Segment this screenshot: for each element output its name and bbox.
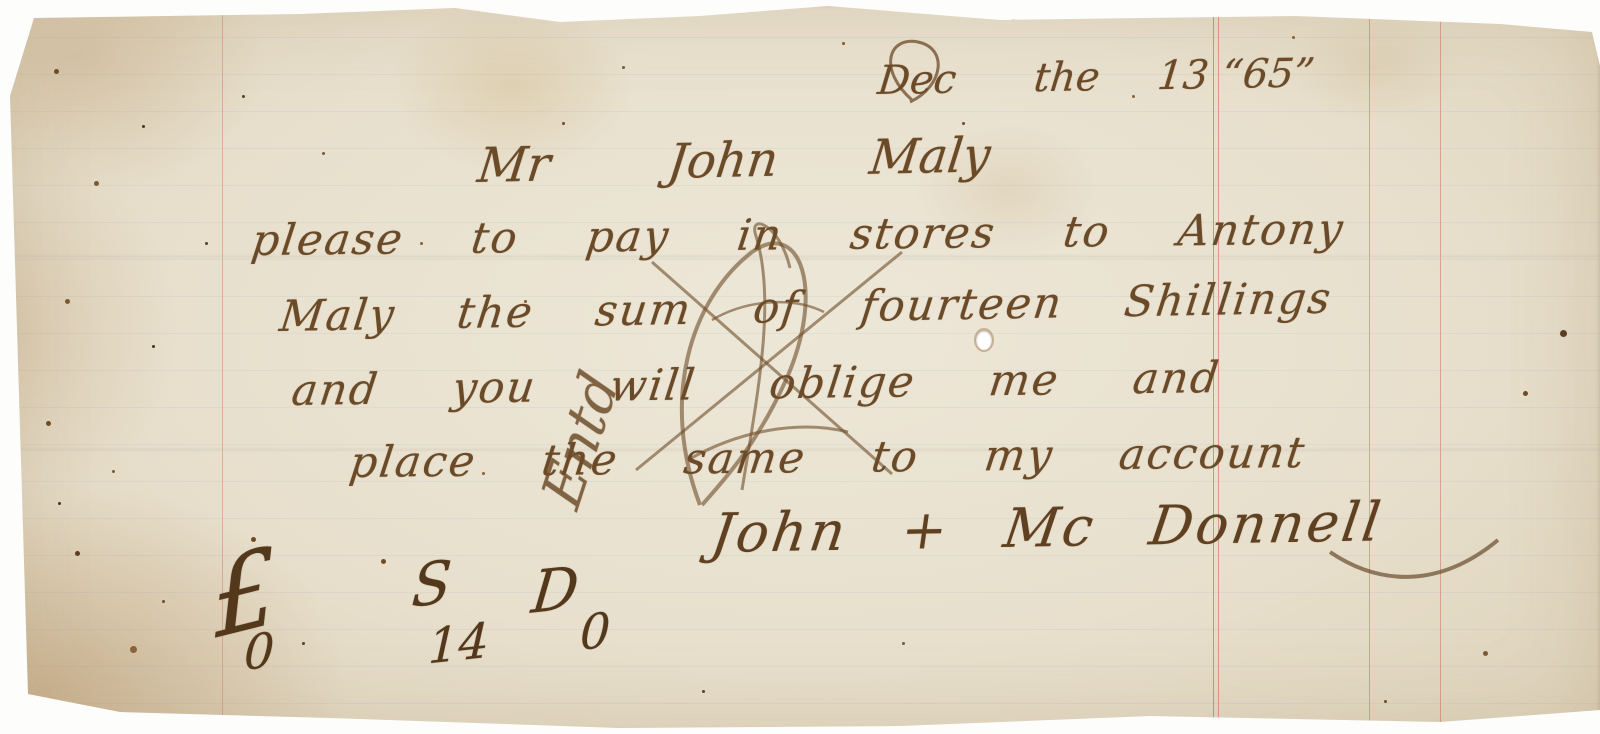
cancellation-scrawl bbox=[636, 224, 902, 505]
ink-flourish-overlay bbox=[0, 0, 1600, 734]
scanned-document: Decthe13“65” MrJohnMaly please to pay in… bbox=[0, 0, 1600, 734]
paper-sheet: Decthe13“65” MrJohnMaly please to pay in… bbox=[0, 0, 1600, 734]
foxing-spots bbox=[0, 0, 3, 3]
